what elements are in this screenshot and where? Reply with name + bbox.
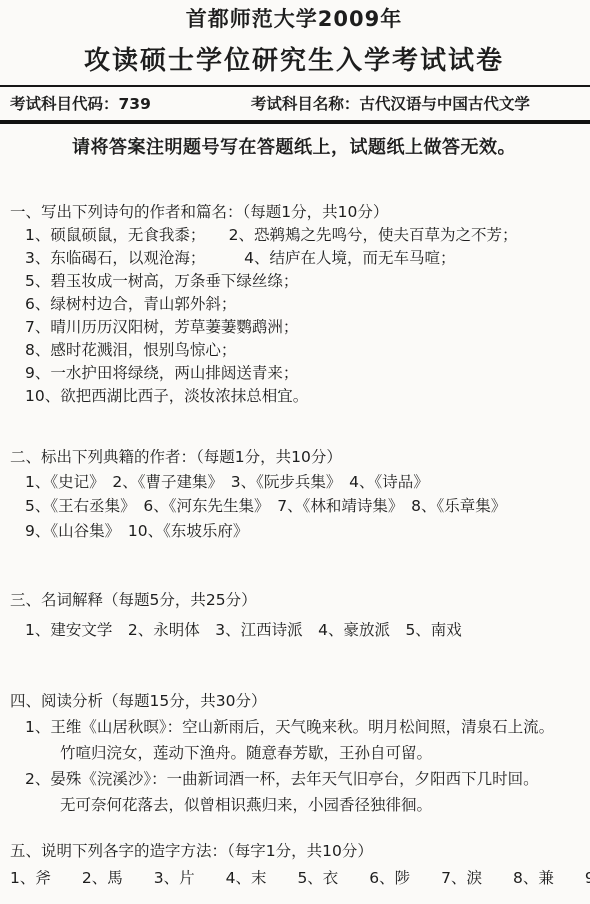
question-line: 5、《王右丞集》 6、《河东先生集》 7、《林和靖诗集》 8、《乐章集》 xyxy=(10,494,578,519)
question-line-continuation: 无可奈何花落去，似曾相识燕归来，小园香径独徘徊。 xyxy=(10,792,578,818)
subject-name-label: 考试科目名称：古代汉语与中国古代文学 xyxy=(251,92,530,114)
section-3-heading: 三、名词解释（每题5分，共25分） xyxy=(10,589,578,612)
question-line: 5、碧玉妆成一树高，万条垂下绿丝绦； xyxy=(10,270,578,293)
exam-paper-page: 首都师范大学2009年 攻读硕士学位研究生入学考试试卷 考试科目代码：739 考… xyxy=(0,0,590,904)
question-line: 1、王维《山居秋暝》：空山新雨后，天气晚来秋。明月松间照，清泉石上流。 xyxy=(10,714,578,740)
question-line: 2、晏殊《浣溪沙》：一曲新词酒一杯，去年天气旧亭台，夕阳西下几时回。 xyxy=(10,766,578,792)
question-line: 1、硕鼠硕鼠，无食我黍； 2、恐鹈鴂之先鸣兮，使夫百草为之不芳； xyxy=(10,224,578,247)
section-2-heading: 二、标出下列典籍的作者：（每题1分，共10分） xyxy=(10,445,578,470)
section-5-heading: 五、说明下列各字的造字方法：（每字1分，共10分） xyxy=(10,840,578,863)
section-5-character-formation: 五、说明下列各字的造字方法：（每字1分，共10分） 1、斧 2、馬 3、片 4、… xyxy=(10,840,578,890)
exam-type-title: 攻读硕士学位研究生入学考试试卷 xyxy=(10,45,578,77)
question-line: 1、建安文学 2、永明体 3、江西诗派 4、豪放派 5、南戏 xyxy=(10,619,578,642)
section-1-poem-authors: 一、写出下列诗句的作者和篇名：（每题1分，共10分） 1、硕鼠硕鼠，无食我黍； … xyxy=(10,201,578,408)
subject-row: 考试科目代码：739 考试科目名称：古代汉语与中国古代文学 xyxy=(10,87,578,120)
question-line: 6、绿树村边合，青山郭外斜； xyxy=(10,293,578,316)
section-3-term-definitions: 三、名词解释（每题5分，共25分） 1、建安文学 2、永明体 3、江西诗派 4、… xyxy=(10,589,578,642)
section-4-reading-analysis: 四、阅读分析（每题15分，共30分） 1、王维《山居秋暝》：空山新雨后，天气晚来… xyxy=(10,688,578,818)
answer-sheet-notice: 请将答案注明题号写在答题纸上，试题纸上做答无效。 xyxy=(10,137,578,159)
question-line-continuation: 竹喧归浣女，莲动下渔舟。随意春芳歇，王孙自可留。 xyxy=(10,740,578,766)
question-line: 1、斧 2、馬 3、片 4、末 5、衣 6、陟 7、淚 8、兼 9、轮 10、目 xyxy=(10,867,578,890)
question-line: 3、东临碣石，以观沧海； 4、结庐在人境，而无车马喧； xyxy=(10,247,578,270)
question-line: 8、感时花溅泪，恨别鸟惊心； xyxy=(10,339,578,362)
section-1-heading: 一、写出下列诗句的作者和篇名：（每题1分，共10分） xyxy=(10,201,578,224)
subject-code-label: 考试科目代码：739 xyxy=(10,92,151,114)
question-line: 1、《史记》 2、《曹子建集》 3、《阮步兵集》 4、《诗品》 xyxy=(10,470,578,495)
section-2-book-authors: 二、标出下列典籍的作者：（每题1分，共10分） 1、《史记》 2、《曹子建集》 … xyxy=(10,445,578,543)
question-line: 9、一水护田将绿绕，两山排闼送青来； xyxy=(10,362,578,385)
divider-thick xyxy=(0,120,590,124)
question-line: 9、《山谷集》 10、《东坡乐府》 xyxy=(10,519,578,544)
university-year-title: 首都师范大学2009年 xyxy=(10,6,578,32)
section-4-heading: 四、阅读分析（每题15分，共30分） xyxy=(10,688,578,714)
question-line: 7、晴川历历汉阳树，芳草萋萋鹦鹉洲； xyxy=(10,316,578,339)
question-line: 10、欲把西湖比西子，淡妆浓抹总相宜。 xyxy=(10,385,578,408)
